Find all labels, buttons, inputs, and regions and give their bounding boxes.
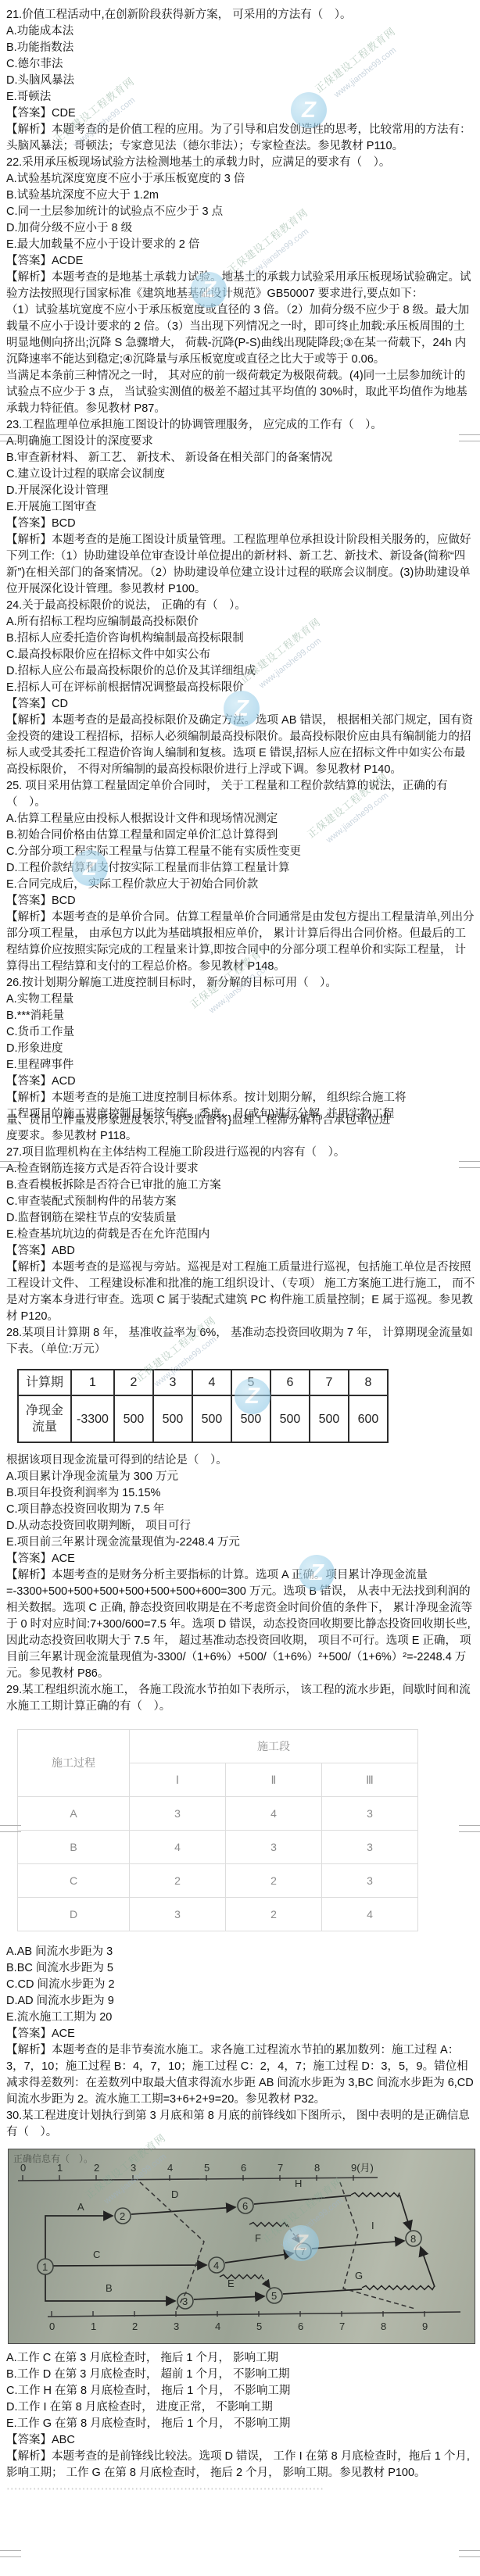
clipped-last-line: ⋯⋯⋯⋯⋯⋯⋯⋯⋯⋯⋯⋯⋯⋯⋯⋯⋯⋯⋯⋯⋯⋯⋯⋯⋯⋯⋯⋯: [6, 2481, 475, 2498]
analysis-paragraph: 【解析】本题考查的是财务分析主要指标的计算。选项 A 正确。项目累计净现金流量=…: [6, 1567, 475, 1682]
option: E.工作 G 在第 8 月底检查时， 拖后 1 个月， 不影响工期: [6, 2416, 475, 2432]
question-stem: 25. 项目采用估算工程量固定单价合同时， 关于工程量和工程价款结算的说法，正确…: [6, 778, 475, 811]
answer-value: ACDE: [52, 255, 83, 267]
axis-tick-label: 2: [94, 2162, 99, 2174]
analysis-paragraph: 【解析】本题考查的是施工图设计质量管理。工程监理单位承担设计阶段相关服务的，应做…: [6, 532, 475, 598]
axis-tick-label: 7: [278, 2162, 283, 2174]
axis-tick-label: 9(月): [351, 2162, 374, 2174]
answer-line: 【答案】ABD: [6, 1243, 475, 1259]
option: C.分部分项工程实际工程量与估算工程量不能有实质性变更: [6, 844, 475, 860]
answer-value: CD: [52, 698, 68, 710]
option: E.合同完成后， 实际工程价款应大于初始合同价款: [6, 877, 475, 893]
analysis-label: 【解析】: [6, 271, 52, 284]
table-header-cell: 6: [270, 1370, 310, 1395]
analysis-paragraph: 【解析】本题考查的是单价合同。估算工程量单价合同通常是由发包方提出工程量清单,列…: [6, 909, 475, 975]
node-label: 6: [242, 2200, 248, 2212]
option: D.加荷分级不应小于 8 级: [6, 220, 475, 237]
option: D.工程价款结算和支付按实际工程量而非估算工程量计算: [6, 860, 475, 877]
axis-tick-label: 8: [314, 2162, 320, 2174]
axis-tick-label: 4: [215, 2321, 220, 2332]
option: A.检查钢筋连接方式是否符合设计要求: [6, 1161, 475, 1177]
table-row-label: B: [18, 1831, 130, 1864]
option: E.检查基坑坑边的荷载是否在允许范围内: [6, 1227, 475, 1243]
answer-line: 【答案】CDE: [6, 105, 475, 122]
activity-label: F: [255, 2232, 261, 2244]
table-header-cell: 7: [310, 1370, 349, 1395]
table-cell: 3: [322, 1797, 418, 1831]
answer-line: 【答案】CD: [6, 696, 475, 713]
analysis-label: 【解析】: [6, 2450, 52, 2463]
axis-tick-label: 8: [381, 2321, 386, 2332]
analysis-paragraph: 【解析】本题考查的是巡视与旁站。巡视是对工程施工质量进行巡视，包括施工单位是否按…: [6, 1259, 475, 1325]
table-row-label: D: [18, 1898, 130, 1931]
option: C.德尔菲法: [6, 56, 475, 73]
answer-value: CDE: [52, 107, 76, 120]
table-row: B433: [18, 1831, 418, 1864]
question-block: 27.项目监理机构在主体结构工程施工阶段进行巡视的内容有（ ）。A.检查钢筋连接…: [6, 1145, 475, 1325]
question-block: 22.采用承压板现场试验方法检测地基土的承载力时，应满足的要求有（ ）。A.试验…: [6, 155, 475, 417]
activity-label: E: [227, 2278, 235, 2289]
table-row-label: A: [18, 1797, 130, 1831]
axis-tick-label: 1: [91, 2321, 96, 2332]
answer-value: ABD: [52, 1245, 75, 1257]
analysis-paragraph: 【解析】本题考查的是最高投标限价及确定方法。选项 AB 错误， 根据相关部门规定…: [6, 713, 475, 778]
overlap-line-2: 量、货币工作量及形象进度表示, 将受监督将}监理工程滞分解符合承包单位进: [6, 1113, 390, 1128]
table-row: 计算期12345678: [18, 1370, 388, 1395]
flow-rhythm-table: 施工过程施工段ⅠⅡⅢA343B433C223D324: [17, 1729, 418, 1931]
analysis-text: 本题考查的是前锋线比较法。选项 D 错误， 工作 I 在第 8 月底检查时，拖后…: [6, 2450, 470, 2479]
table-row: A343: [18, 1797, 418, 1831]
question-block: 29.某工程组织流水施工， 各施工段流水节拍如下表所示， 该工程的流水步距，间歇…: [6, 1682, 475, 2108]
analysis-text: 本题考查的是地基土承载力试验。地基土的承载力试验采用承压板现场试验确定。试验方法…: [6, 271, 471, 300]
answer-line: 【答案】ACDE: [6, 253, 475, 270]
axis-tick-label: 6: [298, 2321, 303, 2332]
option: A.试验基坑深度宽度不应小于承压板宽度的 3 倍: [6, 171, 475, 188]
answer-line: 【答案】BCD: [6, 893, 475, 909]
page-break-marker: [0, 2550, 480, 2556]
answer-label: 【答案】: [6, 517, 52, 530]
answer-value: BCD: [52, 895, 76, 907]
analysis-text: 本题考查的是财务分析主要指标的计算。选项 A 正确。项目累计净现金流量=-330…: [6, 1569, 472, 1680]
question-block: 23.工程监理单位承担施工图设计的协调管理服务， 应完成的工作有（ ）。A.明确…: [6, 417, 475, 598]
answer-label: 【答案】: [6, 255, 52, 267]
axis-tick-label: 1: [57, 2162, 63, 2174]
table-header-cell: 2: [114, 1370, 153, 1395]
option: E.哥顿法: [6, 89, 475, 105]
question-stem: 28.某项目计算期 8 年， 基准收益率为 6%， 基准动态投资回收期为 7 年…: [6, 1325, 475, 1358]
table-cell: 4: [226, 1797, 322, 1831]
option: B.初始合同价格由估算工程量和固定单价汇总计算得到: [6, 827, 475, 844]
analysis-label: 【解析】: [6, 714, 52, 727]
option: C.建立设计过程的联席会议制度: [6, 466, 475, 483]
analysis-text: 本题考查的是施工图设计质量管理。工程监理单位承担设计阶段相关服务的，应做好下列工…: [6, 534, 471, 595]
table-cell: 500: [270, 1395, 310, 1442]
table-header-cell: 3: [153, 1370, 192, 1395]
option: A.实物工程量: [6, 991, 475, 1008]
table-cell: 500: [114, 1395, 153, 1442]
table-cell: 500: [192, 1395, 231, 1442]
option: B.项目年投资利润率为 15.15%: [6, 1485, 475, 1502]
axis-tick-label: 5: [256, 2321, 262, 2332]
option: D.监督钢筋在梁柱节点的安装质量: [6, 1210, 475, 1227]
option: C.工作 H 在第 8 月底检查时， 拖后 1 个月， 不影响工期: [6, 2383, 475, 2399]
option: B.工作 D 在第 3 月底检查时， 超前 1 个月， 不影响工期: [6, 2367, 475, 2383]
table-cell: 500: [310, 1395, 349, 1442]
question-stem: 30.某工程进度计划执行到第 3 月底和第 8 月底的前锋线如下图所示， 图中表…: [6, 2108, 475, 2141]
front-line-month3: [140, 2182, 204, 2310]
node-label: 5: [271, 2290, 277, 2302]
table-row: 净现金 流量-3300500500500500500500600: [18, 1395, 388, 1442]
option: C.货币工作量: [6, 1024, 475, 1041]
table-header-cell: Ⅱ: [226, 1763, 322, 1797]
axis-tick-label: 5: [204, 2162, 210, 2174]
question-stem: 21.价值工程活动中,在创新阶段获得新方案， 可采用的方法有（ ）。: [6, 7, 475, 23]
option: B.***消耗量: [6, 1008, 475, 1024]
question-stem: 26.按计划期分解施工进度控制目标时， 新分解的目标可用（ ）。: [6, 975, 475, 991]
option: B.试验基坑深度不应大于 1.2m: [6, 188, 475, 204]
activity-label: I: [371, 2220, 374, 2231]
option: D.从动态投资回收期判断， 项目可行: [6, 1518, 475, 1535]
answer-label: 【答案】: [6, 1552, 52, 1565]
option: A.明确施工图设计的深度要求: [6, 434, 475, 450]
answer-label: 【答案】: [6, 1245, 52, 1257]
table-header-cell: 5: [231, 1370, 270, 1395]
option: B.BC 间流水步距为 5: [6, 1960, 475, 1977]
table-cell: 3: [322, 1831, 418, 1864]
answer-value: ABC: [52, 2434, 75, 2446]
activity-label: B: [106, 2282, 113, 2294]
node-label: 7: [300, 2246, 306, 2257]
activity-label: A: [77, 2201, 84, 2213]
analysis-text: 本题考查的是施工进度控制目标体系。按计划期分解， 组织综合施工将: [52, 1091, 407, 1104]
question-block: 24.关于最高投标限价的说法， 正确的有（ ）。A.所有招标工程均应编制最高投标…: [6, 598, 475, 778]
option: A.工作 C 在第 3 月底检查时， 拖后 1 个月， 影响工期: [6, 2350, 475, 2367]
table-header-cell: 1: [71, 1370, 114, 1395]
analysis-paragraph: 【解析】本题考查的是非节奏流水施工。求各施工过程流水节拍的累加数列：施工过程 A…: [6, 2042, 475, 2108]
node-label: 3: [182, 2296, 188, 2307]
table-header-cell: 8: [349, 1370, 388, 1395]
analysis-tail: 度要求。参见教材 P118。: [6, 1128, 475, 1145]
analysis-label: 【解析】: [6, 534, 52, 546]
axis-tick-label: 2: [132, 2321, 138, 2332]
activity-label: C: [93, 2249, 100, 2260]
table-header-cell: 4: [192, 1370, 231, 1395]
node-label: 8: [410, 2233, 416, 2245]
analysis-paragraph: 【解析】本题考查的是前锋线比较法。选项 D 错误， 工作 I 在第 8 月底检查…: [6, 2449, 475, 2481]
question-block: 26.按计划期分解施工进度控制目标时， 新分解的目标可用（ ）。A.实物工程量B…: [6, 975, 475, 1145]
table-cell: 3: [130, 1797, 226, 1831]
option: E.最大加载量不应小于设计要求的 2 倍: [6, 237, 475, 253]
answer-label: 【答案】: [6, 107, 52, 120]
axis-tick-label: 4: [167, 2162, 173, 2174]
table-cell: 2: [130, 1864, 226, 1898]
node-label: 2: [120, 2210, 125, 2222]
question-block: 28.某项目计算期 8 年， 基准收益率为 6%， 基准动态投资回收期为 7 年…: [6, 1325, 475, 1682]
option: E.项目前三年累计现金流量现值为-2248.4 万元: [6, 1535, 475, 1551]
option: A.估算工程量应由投标人根据设计文件和现场情况测定: [6, 811, 475, 827]
table-row: D324: [18, 1898, 418, 1931]
option: C.审查装配式预制构件的吊装方案: [6, 1194, 475, 1210]
table-cell: 2: [226, 1864, 322, 1898]
option: D.AD 间流水步距为 9: [6, 1993, 475, 2010]
answer-line: 【答案】ACE: [6, 1551, 475, 1567]
table-cell: 500: [231, 1395, 270, 1442]
option: A.所有招标工程均应编制最高投标限价: [6, 614, 475, 631]
analysis-text: 本题考查的是非节奏流水施工。求各施工过程流水节拍的累加数列：施工过程 A：3，7…: [6, 2044, 474, 2106]
misprinted-overlap-lines: 工程项目的施工进度控制目标按年度、季度、月(或旬)进行分解, 并用实物工程量、货…: [6, 1106, 475, 1128]
option: B.功能指数法: [6, 40, 475, 56]
table-cell: 600: [349, 1395, 388, 1442]
table-cell: 3: [226, 1831, 322, 1864]
question-block: 30.某工程进度计划执行到第 3 月底和第 8 月底的前锋线如下图所示， 图中表…: [6, 2108, 475, 2481]
question-stem: 24.关于最高投标限价的说法， 正确的有（ ）。: [6, 598, 475, 614]
table-cell: 4: [322, 1898, 418, 1931]
question-block: 25. 项目采用估算工程量固定单价合同时， 关于工程量和工程价款结算的说法，正确…: [6, 778, 475, 975]
table-row: C223: [18, 1864, 418, 1898]
answer-value: ACD: [52, 1075, 76, 1088]
answer-line: 【答案】ACD: [6, 1074, 475, 1090]
option: D.形象进度: [6, 1041, 475, 1057]
option: C.同一土层参加统计的试验点不应少于 3 点: [6, 204, 475, 220]
axis-tick-label: 7: [339, 2321, 345, 2332]
answer-label: 【答案】: [6, 698, 52, 710]
axis-tick-label: 3: [131, 2162, 136, 2174]
question-block: 21.价值工程活动中,在创新阶段获得新方案， 可采用的方法有（ ）。A.功能成本…: [6, 7, 475, 155]
axis-tick-label: 0: [49, 2321, 55, 2332]
analysis-label: 【解析】: [6, 1261, 52, 1274]
analysis-text: （1）试验基坑宽度不应小于承压板宽度或直径的 3 倍。（2）加荷分级不应少于 8…: [6, 304, 469, 366]
table-cell: 2: [226, 1898, 322, 1931]
answer-label: 【答案】: [6, 2434, 52, 2446]
analysis-text: 本题考查的是价值工程的应用。为了引导和启发创造性的思考，比较常用的方法有：头脑风…: [6, 123, 471, 152]
option: E.开展施工图审查: [6, 499, 475, 516]
network-diagram-photo: 正确信息有（ ）。0123456789(月)0123456789ABCDEFGH…: [8, 2149, 475, 2344]
analysis-text: 本题考查的是巡视与旁站。巡视是对工程施工质量进行巡视，包括施工单位是否按照工程设…: [6, 1261, 475, 1323]
option: D.工作 I 在第 8 月底检查时， 进度正常， 不影响工期: [6, 2399, 475, 2416]
node-label: 4: [213, 2260, 219, 2271]
answer-value: BCD: [52, 517, 76, 530]
analysis-paragraph: 【解析】本题考查的是地基土承载力试验。地基土的承载力试验采用承压板现场试验确定。…: [6, 270, 475, 302]
table-header-cell: Ⅲ: [322, 1763, 418, 1797]
option: B.招标人应委托造价咨询机构编制最高投标限制: [6, 631, 475, 647]
table-cell: 4: [130, 1831, 226, 1864]
option: A.AB 间流水步距为 3: [6, 1944, 475, 1960]
question-mid-text: 根据该项目现金流量可得到的结论是（ ）。: [6, 1452, 475, 1469]
option: A.项目累计净现金流量为 300 万元: [6, 1469, 475, 1485]
option: C.CD 间流水步距为 2: [6, 1977, 475, 1993]
answer-value: ACE: [52, 2028, 75, 2040]
exam-document: 21.价值工程活动中,在创新阶段获得新方案， 可采用的方法有（ ）。A.功能成本…: [0, 0, 480, 2498]
answer-line: 【答案】ACE: [6, 2026, 475, 2042]
table-cell: 3: [322, 1864, 418, 1898]
axis-tick-label: 9: [422, 2321, 428, 2332]
answer-line: 【答案】BCD: [6, 516, 475, 532]
answer-label: 【答案】: [6, 895, 52, 907]
option: A.功能成本法: [6, 23, 475, 40]
analysis-label: 【解析】: [6, 1569, 52, 1581]
activity-label: G: [355, 2270, 363, 2281]
option: D.招标人应公布最高投标限价的总价及其详细组成: [6, 663, 475, 680]
table-header-cell: 施工段: [130, 1730, 418, 1763]
axis-tick-label: 0: [20, 2162, 26, 2174]
option: C.最高投标限价应在招标文件中如实公布: [6, 647, 475, 663]
option: B.审查新材料、 新工艺、 新技术、 新设备在相关部门的备案情况: [6, 450, 475, 466]
axis-tick-label: 6: [241, 2162, 246, 2174]
analysis-text: 本题考查的是最高投标限价及确定方法。选项 AB 错误， 根据相关部门规定，国有资…: [6, 714, 473, 776]
cashflow-table: 计算期12345678净现金 流量-3300500500500500500500…: [17, 1369, 389, 1443]
question-stem: 27.项目监理机构在主体结构工程施工阶段进行巡视的内容有（ ）。: [6, 1145, 475, 1161]
analysis-text: 本题考查的是单价合同。估算工程量单价合同通常是由发包方提出工程量清单,列出分部分…: [6, 911, 475, 973]
analysis-text: 当满足本条前三种情况之一时， 其对应的前一级荷载定为极限荷载。(4)同一土层参加…: [6, 370, 467, 415]
activity-label: H: [295, 2178, 302, 2189]
option: B.查看模板拆除是否符合已审批的施工方案: [6, 1177, 475, 1194]
table-cell: -3300: [71, 1395, 114, 1442]
question-stem: 22.采用承压板现场试验方法检测地基土的承载力时，应满足的要求有（ ）。: [6, 155, 475, 171]
analysis-paragraph: （1）试验基坑宽度不应小于承压板宽度或直径的 3 倍。（2）加荷分级不应少于 8…: [6, 302, 475, 368]
table-cell: 500: [153, 1395, 192, 1442]
table-row-label: 净现金 流量: [18, 1395, 71, 1442]
table-header-cell: 施工过程: [18, 1730, 130, 1797]
table-header-cell: 计算期: [18, 1370, 71, 1395]
option: E.流水施工工期为 20: [6, 2010, 475, 2026]
table-row: 施工过程施工段: [18, 1730, 418, 1763]
table-cell: 3: [130, 1898, 226, 1931]
analysis-label: 【解析】: [6, 1091, 52, 1104]
analysis-label: 【解析】: [6, 123, 52, 136]
answer-label: 【答案】: [6, 2028, 52, 2040]
axis-tick-label: 3: [174, 2321, 179, 2332]
question-stem: 23.工程监理单位承担施工图设计的协调管理服务， 应完成的工作有（ ）。: [6, 417, 475, 434]
table-row-label: C: [18, 1864, 130, 1898]
activity-label: D: [171, 2188, 178, 2200]
answer-line: 【答案】ABC: [6, 2432, 475, 2449]
answer-label: 【答案】: [6, 1075, 52, 1088]
analysis-paragraph: 当满足本条前三种情况之一时， 其对应的前一级荷载定为极限荷载。(4)同一土层参加…: [6, 368, 475, 417]
option: D.头脑风暴法: [6, 73, 475, 89]
analysis-paragraph: 【解析】本题考查的是价值工程的应用。为了引导和启发创造性的思考，比较常用的方法有…: [6, 122, 475, 155]
analysis-label: 【解析】: [6, 911, 52, 924]
analysis-paragraph: 【解析】本题考查的是施工进度控制目标体系。按计划期分解， 组织综合施工将: [6, 1090, 475, 1106]
option: E.招标人可在评标前根据情况调整最高投标限价: [6, 680, 475, 696]
analysis-label: 【解析】: [6, 2044, 52, 2056]
table-header-cell: Ⅰ: [130, 1763, 226, 1797]
node-label: 1: [42, 2261, 48, 2273]
option: C.项目静态投资回收期为 7.5 年: [6, 1502, 475, 1518]
option: E.里程碑事件: [6, 1057, 475, 1074]
answer-value: ACE: [52, 1552, 75, 1565]
option: D.开展深化设计管理: [6, 483, 475, 499]
question-stem: 29.某工程组织流水施工， 各施工段流水节拍如下表所示， 该工程的流水步距，间歇…: [6, 1682, 475, 1715]
